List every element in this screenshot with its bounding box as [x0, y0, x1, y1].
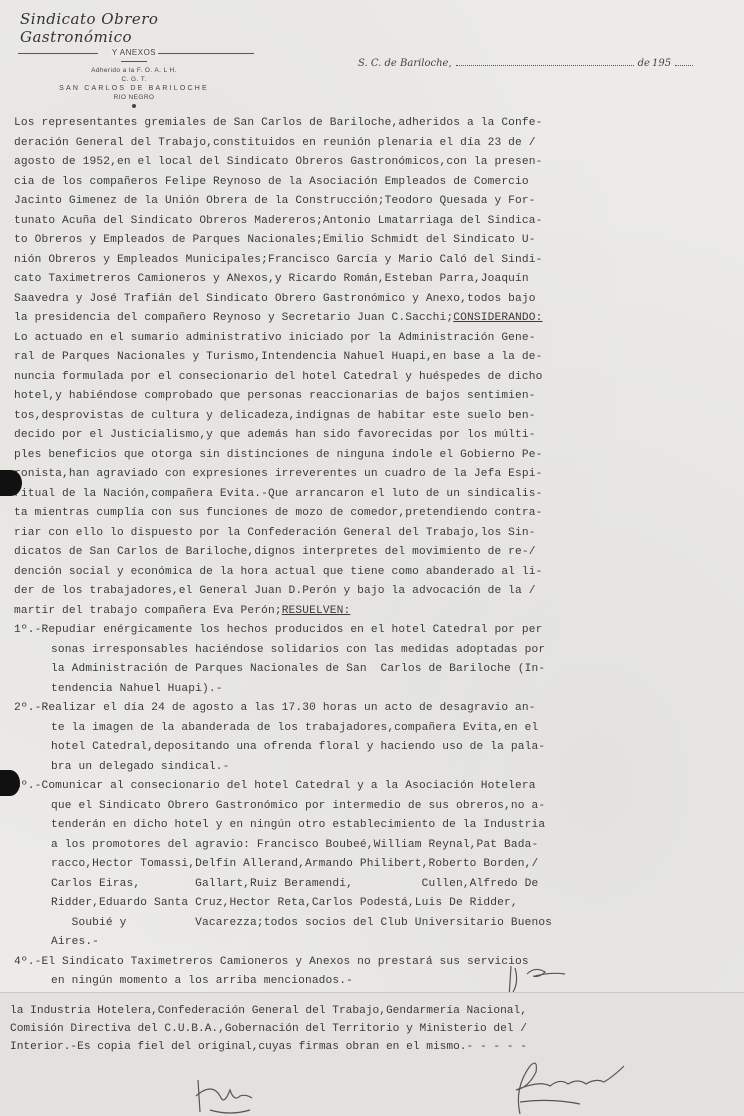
letterhead-line: Adherido a la F. O. A. L H. [14, 66, 254, 75]
body-line: Ridder,Eduardo Santa Cruz,Hector Reta,Ca… [14, 894, 744, 914]
letterhead-line: RIO NEGRO [14, 93, 254, 102]
body-line: la Administración de Parques Nacionales … [14, 660, 744, 680]
place-date-line: S. C. de Bariloche, de 195 [358, 58, 693, 69]
body-line: racco,Hector Tomassi,Delfín Allerand,Arm… [14, 855, 744, 875]
body-line: tenderán en dicho hotel y en ningún otro… [14, 816, 744, 836]
body-line: ples beneficios que otorga sin distincio… [14, 446, 744, 466]
letterhead: Sindicato Obrero Gastronómico Y ANEXOS A… [14, 10, 254, 108]
body-line: nuncia formulada por el consecionario de… [14, 368, 744, 388]
body-line: to Obreros y Empleados de Parques Nacion… [14, 231, 744, 251]
letterhead-line: C. G. T. [14, 75, 254, 84]
body-line: Aires.- [14, 933, 744, 953]
letterhead-divider [121, 61, 147, 62]
body-line: a los promotores del agravio: Francisco … [14, 836, 744, 856]
body-line: bra un delegado sindical.- [14, 758, 744, 778]
body-line: ritual de la Nación,compañera Evita.-Que… [14, 485, 744, 505]
continuation-text: la Industria Hotelera,Confederación Gene… [10, 1002, 744, 1056]
body-line: ral de Parques Nacionales y Turismo,Inte… [14, 348, 744, 368]
body-line: te la imagen de la abanderada de los tra… [14, 719, 744, 739]
punch-hole [0, 770, 20, 796]
body-line: Lo actuado en el sumario administrativo … [14, 329, 744, 349]
letterhead-annex-text: Y ANEXOS [110, 48, 158, 57]
body-line: tunato Acuña del Sindicato Obreros Mader… [14, 212, 744, 232]
body-line: sonas irresponsables haciéndose solidari… [14, 641, 744, 661]
body-line: martir del trabajo compañera Eva Perón;R… [14, 602, 744, 622]
body-line: la presidencia del compañero Reynoso y S… [14, 309, 744, 329]
body-line: dención social y económica de la hora ac… [14, 563, 744, 583]
body-line: 4º.-El Sindicato Taximetreros Camioneros… [14, 953, 744, 973]
body-line: hotel Catedral,depositando una ofrenda f… [14, 738, 744, 758]
continuation-line: la Industria Hotelera,Confederación Gene… [10, 1002, 744, 1020]
body-line: Soubié y Vacarezza;todos socios del Club… [14, 914, 744, 934]
body-line: Saavedra y José Trafián del Sindicato Ob… [14, 290, 744, 310]
body-line: Carlos Eiras, Gallart,Ruiz Beramendi, Cu… [14, 875, 744, 895]
body-line: 1º.-Repudiar enérgicamente los hechos pr… [14, 621, 744, 641]
body-line: en ningún momento a los arriba mencionad… [14, 972, 744, 992]
body-line: nión Obreros y Empleados Municipales;Fra… [14, 251, 744, 271]
body-line: ronista,han agraviado con expresiones ir… [14, 465, 744, 485]
continuation-line: Interior.-Es copia fiel del original,cuy… [10, 1038, 744, 1056]
body-line: que el Sindicato Obrero Gastronómico por… [14, 797, 744, 817]
body-line: riar con ello lo dispuesto por la Confed… [14, 524, 744, 544]
year-blank [675, 65, 693, 66]
letterhead-dot [132, 104, 136, 108]
body-line: 3º.-Comunicar al consecionario del hotel… [14, 777, 744, 797]
body-line: cato Taximetreros Camioneros y ANexos,y … [14, 270, 744, 290]
letterhead-annex: Y ANEXOS [14, 48, 254, 57]
underlined-heading: CONSIDERANDO: [453, 312, 542, 324]
body-line: tendencia Nahuel Huapi).- [14, 680, 744, 700]
body-line: Los representantes gremiales de San Carl… [14, 114, 744, 134]
body-line: deración General del Trabajo,constituido… [14, 134, 744, 154]
underlined-heading: RESUELVEN: [282, 605, 351, 617]
signature-right [490, 1058, 640, 1116]
letterhead-title: Sindicato Obrero Gastronómico [14, 10, 254, 46]
body-line: ta mientras cumplía con sus funciones de… [14, 504, 744, 524]
date-blank [456, 65, 634, 66]
body-line: agosto de 1952,en el local del Sindicato… [14, 153, 744, 173]
date-de: de [638, 58, 650, 69]
signature-left [190, 1076, 270, 1116]
document-page: Sindicato Obrero Gastronómico Y ANEXOS A… [0, 0, 744, 1116]
body-line: 2º.-Realizar el día 24 de agosto a las 1… [14, 699, 744, 719]
resolution-body: Los representantes gremiales de San Carl… [14, 114, 744, 1070]
body-line: dicatos de San Carlos de Bariloche,digno… [14, 543, 744, 563]
year-prefix: 195 [652, 58, 671, 69]
place-text: S. C. de Bariloche, [358, 58, 452, 69]
body-line: Jacinto Gimenez de la Unión Obrera de la… [14, 192, 744, 212]
punch-hole [0, 470, 22, 496]
body-line: der de los trabajadores,el General Juan … [14, 582, 744, 602]
body-line: decido por el Justicialismo,y que además… [14, 426, 744, 446]
continuation-line: Comisión Directiva del C.U.B.A.,Gobernac… [10, 1020, 744, 1038]
body-line: hotel,y habiéndose comprobado que person… [14, 387, 744, 407]
body-line: cia de los compañeros Felipe Reynoso de … [14, 173, 744, 193]
letterhead-line: SAN CARLOS DE BARILOCHE [14, 84, 254, 93]
body-line: tos,desprovistas de cultura y delicadeza… [14, 407, 744, 427]
